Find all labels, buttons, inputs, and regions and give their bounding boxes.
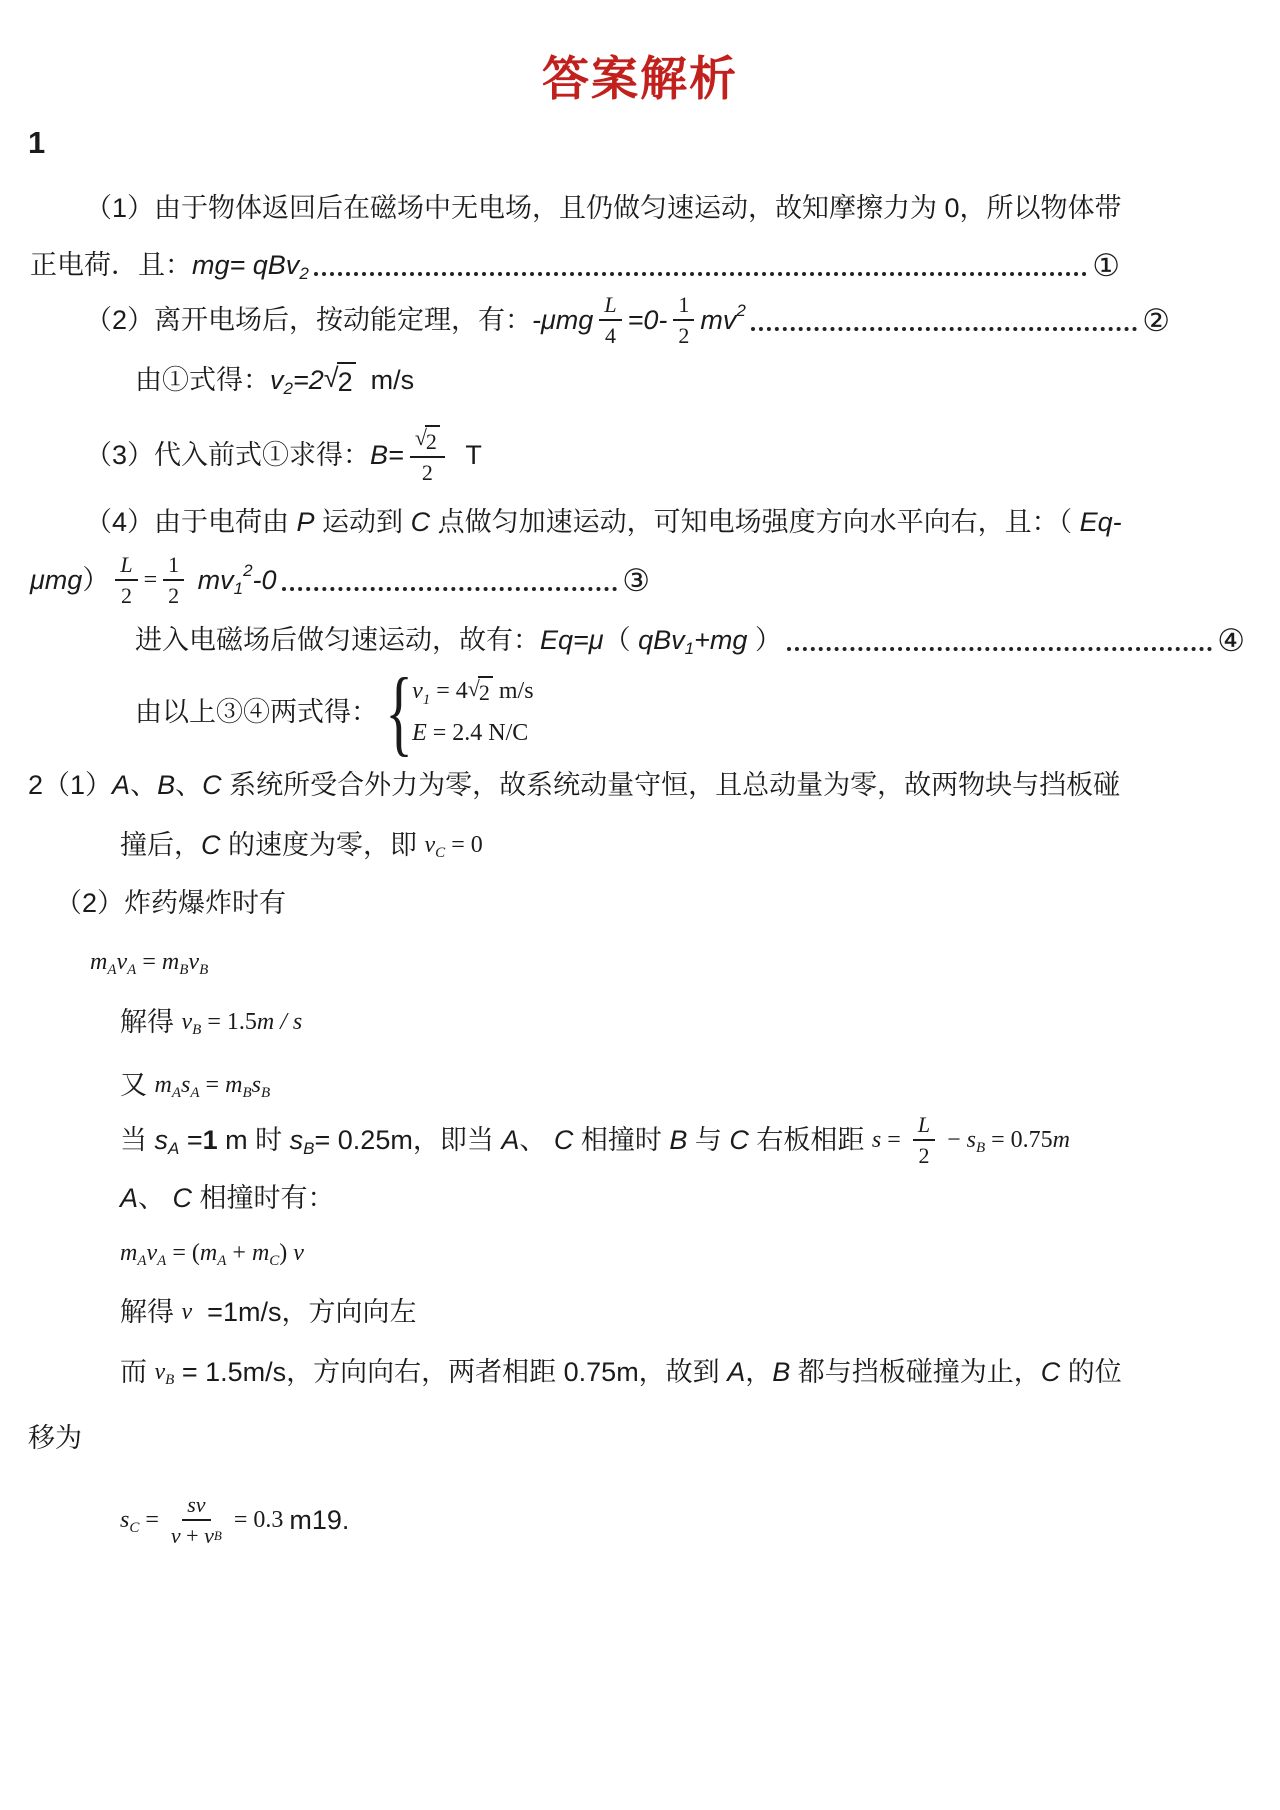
math-serif: 2 [918,1143,929,1168]
sol2-displacement-label: 移为 [28,1416,82,1460]
text: 右板相距 [749,1124,872,1156]
text: m 时 [218,1124,290,1156]
cases-row: v1 = 4√2 m/s [412,676,533,706]
math-italic: qBv [638,624,685,656]
sol2-AC-collide: A、 C 相撞时有： [120,1176,335,1220]
text: 点做匀加速运动，可知电场强度方向水平向右，且：（ [430,506,1080,538]
math-italic: C [729,1124,749,1156]
serif-subscript: C [435,844,445,862]
math-italic: A [120,1182,138,1214]
math-italic: s [155,1124,169,1156]
math-italic: -μmg [532,304,593,336]
math-italic: P [297,506,315,538]
math-serif-italic: m / s [257,1008,302,1037]
text: 、 [130,769,157,801]
text: （4）由于电荷由 [85,506,297,538]
text: 由①式得： [135,364,270,396]
text: （1）由于物体返回后在磁场中无电场，且仍做匀速运动，故知摩擦力为 0，所以物体带 [85,192,1122,224]
serif-subscript: B [214,1529,222,1554]
text: （2）炸药爆炸时有 [55,887,286,919]
math-serif-italic: v [182,1008,193,1037]
text: 由以上③④两式得： [135,696,378,728]
fraction-numerator: 1 [163,552,184,581]
text: m/s [356,364,415,396]
math-serif-italic: v [182,1298,193,1327]
math-serif: = 0.3 [228,1506,290,1535]
math-serif: ) [279,1239,293,1268]
math-serif: = [144,566,158,595]
math-italic: A [501,1124,519,1156]
fraction-numerator: 1 [673,292,694,321]
fraction-numerator: √2 [410,425,445,458]
serif-subscript: B [976,1139,985,1157]
math-serif-italic: m [252,1239,269,1268]
serif-subscript: A [172,1084,181,1102]
fraction-denominator: 2 [168,581,179,608]
text: 而 [120,1356,155,1388]
subscript: 2 [284,379,293,399]
math-serif: + [181,1523,204,1548]
page-title: 答案解析 [0,42,1280,109]
sqrt-radical: √2 [324,362,356,398]
text: 移为 [28,1422,82,1454]
text: 进入电磁场后做匀速运动，故有： [135,624,540,656]
math-italic: B= [370,439,404,471]
math-serif-italic: v [412,677,423,706]
text: （ [604,624,639,656]
sol1-part1-line1: （1）由于物体返回后在磁场中无电场，且仍做匀速运动，故知摩擦力为 0，所以物体带 [85,186,1122,230]
sol1-part4-eq4: 进入电磁场后做匀速运动，故有：Eq=μ（ qBv1+mg ）④ [135,618,1245,662]
fraction-denominator: 4 [605,321,616,348]
fraction-denominator: 2 [678,321,689,348]
dotted-leader [314,272,1087,276]
sol1-part4-line1: （4）由于电荷由 P 运动到 C 点做匀加速运动，可知电场强度方向水平向右，且：… [85,500,1122,544]
math-serif-italic: L [120,552,132,577]
text: 又 [120,1069,155,1101]
math-italic: B [669,1124,687,1156]
dotted-leader [787,647,1212,651]
math-italic: C [411,506,431,538]
text: ） [82,564,109,596]
text-bold: 1 [28,124,45,161]
text: = [179,1124,202,1156]
math-italic: v [270,364,284,396]
text: ） [747,624,782,656]
radicand: 2 [425,425,440,454]
fraction-numerator: L [115,552,137,581]
sol2-part1-line1: 2（1）A、B、C 系统所受合外力为零，故系统动量守恒，且总动量为零，故两物块与… [28,763,1120,807]
math-serif-italic: m [225,1071,242,1100]
math-italic: μmg [30,564,82,596]
math-italic: s [290,1124,304,1156]
equation-number: ③ [622,565,650,596]
math-serif-italic: v [188,948,199,977]
fraction-numerator: L [599,292,621,321]
math-serif-italic: m [120,1239,137,1268]
math-italic: A [112,769,130,801]
math-italic: C [1041,1356,1061,1388]
math-serif-italic: s [967,1126,976,1155]
math-serif: = 0 [445,831,483,860]
math-italic: +mg [694,624,747,656]
math-serif-italic: s [872,1126,881,1155]
math-serif: = 0.75 [985,1126,1053,1155]
math-serif: m/s [493,677,534,706]
math-serif: = [139,1506,165,1535]
sol1-part2-eq2: （2）离开电场后，按动能定理，有：-μmgL4=0-12mv2② [85,298,1170,342]
math-serif-italic: v [155,1358,166,1387]
fraction-numerator: L [913,1112,935,1141]
math-serif: = [200,1071,226,1100]
fraction: svv + vB [171,1492,222,1549]
radicand: 2 [478,676,493,706]
math-serif: 4 [605,323,616,348]
serif-subscript: C [129,1519,139,1537]
text: 正电荷．且： [30,249,192,281]
math-italic: C [554,1124,574,1156]
fraction-denominator: 2 [422,458,433,485]
text: 、 [519,1124,554,1156]
sol2-part1-line2: 撞后，C 的速度为零，即 vC = 0 [120,823,483,867]
fraction: L2 [913,1112,935,1169]
math-serif-italic: m [90,948,107,977]
math-italic: C [173,1182,193,1214]
text: 的位 [1060,1356,1122,1388]
text: （3）代入前式①求得： [85,439,370,471]
radicand: 2 [337,362,356,398]
math-serif-italic: E [412,719,427,748]
equation-number: ④ [1217,625,1245,656]
sol2-eq-momentum: mAvA = mBvB [90,940,208,984]
math-italic: B [772,1356,790,1388]
math-serif-italic: v [117,948,128,977]
text: 都与挡板碰撞为止， [790,1356,1041,1388]
math-serif-italic: sv [187,1492,205,1517]
brace: { [385,676,413,748]
math-serif-italic: m [1053,1126,1070,1155]
serif-subscript: A [127,961,136,979]
sol2-eq-collision: mAvA = (mA + mC) v [120,1231,304,1275]
serif-subscript: B [242,1084,251,1102]
sol1-part3-B: （3）代入前式①求得：B=√22 T [85,433,482,477]
cases-row: E = 2.4 N/C [412,719,533,748]
sol2-sA-line: 当 sA =1 m 时 sB= 0.25m，即当 A、 C 相撞时 B 与 C … [120,1118,1070,1162]
math-serif: 2 [168,583,179,608]
text: 当 [120,1124,155,1156]
serif-subscript: A [217,1252,226,1270]
math-italic: A [727,1356,745,1388]
math-serif: = [881,1126,907,1155]
text: （2）离开电场后，按动能定理，有： [85,304,532,336]
math-italic: mv [190,564,234,596]
serif-subscript: A [157,1252,166,1270]
section-1-marker: 1 [28,121,45,165]
math-serif: 2 [121,583,132,608]
math-serif-italic: v [147,1239,158,1268]
math-serif-italic: v [204,1523,214,1548]
fraction-denominator: v + vB [171,1521,222,1548]
text: 与 [687,1124,729,1156]
math-serif: 1 [168,552,179,577]
cases-group: {v1 = 4√2 m/sE = 2.4 N/C [382,676,534,748]
math-italic: C [202,769,222,801]
serif-subscript: A [137,1252,146,1270]
subscript: 1 [685,639,694,659]
math-italic: C [201,829,221,861]
dotted-leader [282,587,618,591]
text: ， [745,1356,772,1388]
math-serif-italic: v [293,1239,304,1268]
text: 解得 [120,1006,182,1038]
dotted-leader [751,327,1137,331]
math-serif-italic: v [171,1523,181,1548]
fraction: 12 [673,292,694,349]
text: =1m/s，方向向左 [192,1296,416,1328]
fraction: √22 [410,425,445,486]
serif-subscript: B [179,961,188,979]
sqrt-radical: √2 [468,676,493,706]
subscript: A [168,1139,179,1159]
text: 、 [138,1182,173,1214]
fraction-numerator: sv [182,1492,210,1521]
sol1-part2-v2: 由①式得：v2=2√2 m/s [135,358,414,402]
math-serif: + [226,1239,252,1268]
superscript: 2 [243,561,252,581]
text: = 1.5m/s，方向向右，两者相距 0.75m，故到 [174,1356,727,1388]
sol2-eq-distance: 又 mAsA = mBsB [120,1063,270,1107]
fraction: 12 [163,552,184,609]
math-serif: = 1.5 [201,1008,257,1037]
math-serif-italic: L [918,1112,930,1137]
superscript: 2 [736,301,745,321]
fraction: L2 [115,552,137,609]
math-italic: mv [700,304,736,336]
serif-subscript: A [107,961,116,979]
text: m19. [289,1504,349,1536]
subscript: 2 [299,264,308,284]
text: 撞后， [120,829,201,861]
math-italic: =0- [628,304,668,336]
subscript: 1 [234,579,243,599]
serif-subscript: B [165,1371,174,1389]
math-serif: 2 [422,460,433,485]
math-serif-italic: m [200,1239,217,1268]
math-serif-italic: m [155,1071,172,1100]
math-serif-italic: L [604,292,616,317]
math-italic: Eq=μ [540,624,604,656]
math-serif: = [136,948,162,977]
text: 相撞时 [573,1124,669,1156]
cases-rows: v1 = 4√2 m/sE = 2.4 N/C [412,676,533,747]
text: 2（1） [28,769,112,801]
math-italic: -0 [253,564,277,596]
subscript: B [303,1139,314,1159]
text: = 0.25m，即当 [315,1124,502,1156]
math-serif-italic: s [252,1071,261,1100]
fraction-denominator: 2 [121,581,132,608]
math-serif: 1 [678,292,689,317]
math-serif: − [941,1126,967,1155]
text-bold: 1 [203,1124,218,1156]
text: 系统所受合外力为零，故系统动量守恒，且总动量为零，故两物块与挡板碰 [222,769,1121,801]
text: 解得 [120,1296,182,1328]
serif-subscript: B [199,961,208,979]
math-serif: = ( [166,1239,200,1268]
text: 相撞时有： [192,1182,335,1214]
text: T [451,439,482,471]
math-italic: mg= qBv [192,249,299,281]
math-italic: Eq- [1080,506,1122,538]
sol1-part4-eq3: μmg）L2=12 mv12-0③ [30,558,650,602]
document-page: 答案解析 1（1）由于物体返回后在磁场中无电场，且仍做匀速运动，故知摩擦力为 0… [0,0,1280,1810]
math-serif-italic: v [425,831,436,860]
serif-subscript: B [261,1084,270,1102]
sqrt-radical: √2 [415,425,440,454]
sol2-v-result: 解得 v =1m/s，方向向左 [120,1290,416,1334]
sol2-vB-direction: 而 vB = 1.5m/s，方向向右，两者相距 0.75m，故到 A，B 都与挡… [120,1350,1122,1394]
sol1-part4-result: 由以上③④两式得：{v1 = 4√2 m/sE = 2.4 N/C [135,690,534,734]
math-serif: 2 [678,323,689,348]
math-serif: = 4 [430,677,468,706]
sol2-vB-result: 解得 vB = 1.5m / s [120,1000,302,1044]
equation-number: ② [1142,305,1170,336]
math-serif-italic: s [120,1506,129,1535]
math-serif: = 2.4 N/C [427,719,529,748]
math-italic: =2 [293,364,324,396]
serif-subscript: B [192,1021,201,1039]
fraction-denominator: 2 [918,1141,929,1168]
text: 运动到 [315,506,411,538]
math-serif-italic: m [162,948,179,977]
sol2-part2-header: （2）炸药爆炸时有 [55,881,286,925]
math-serif-italic: s [181,1071,190,1100]
text: 、 [175,769,202,801]
sol2-sC-formula: sC = svv + vB = 0.3 m19. [120,1498,349,1542]
serif-subscript: C [269,1252,279,1270]
sol1-part1-eq1: 正电荷．且：mg= qBv2① [30,243,1120,287]
math-italic: B [157,769,175,801]
equation-number: ① [1092,250,1120,281]
text: 的速度为零，即 [221,829,425,861]
serif-subscript: 1 [423,691,431,709]
serif-subscript: A [190,1084,199,1102]
fraction: L4 [599,292,621,349]
